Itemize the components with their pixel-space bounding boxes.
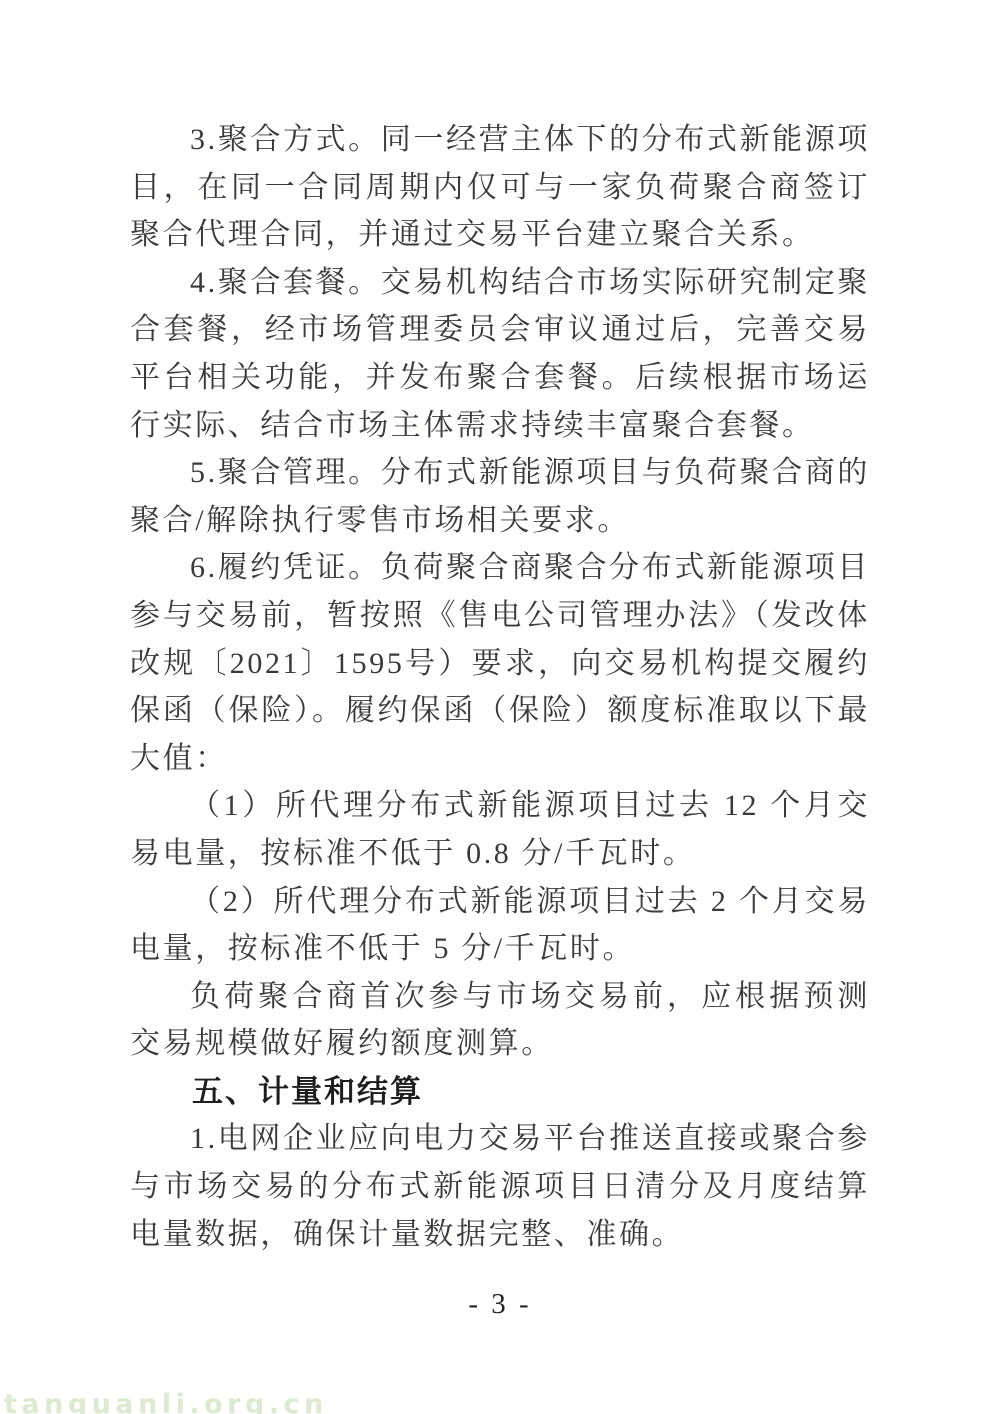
paragraph-item-2: （2）所代理分布式新能源项目过去 2 个月交易电量，按标准不低于 5 分/千瓦时… [130, 878, 870, 973]
document-body: 3.聚合方式。同一经营主体下的分布式新能源项目，在同一合同周期内仅可与一家负荷聚… [130, 116, 870, 1258]
paragraph-aggregation-method: 3.聚合方式。同一经营主体下的分布式新能源项目，在同一合同周期内仅可与一家负荷聚… [130, 116, 870, 259]
paragraph-first-participation: 负荷聚合商首次参与市场交易前，应根据预测交易规模做好履约额度测算。 [130, 973, 870, 1068]
paragraph-aggregation-management: 5.聚合管理。分布式新能源项目与负荷聚合商的聚合/解除执行零售市场相关要求。 [130, 449, 870, 544]
watermark-site-url: tanguanli.org.cn [4, 1389, 328, 1414]
paragraph-item-1: （1）所代理分布式新能源项目过去 12 个月交易电量，按标准不低于 0.8 分/… [130, 782, 870, 877]
section-heading-metering-settlement: 五、计量和结算 [130, 1068, 870, 1116]
document-page: 3.聚合方式。同一经营主体下的分布式新能源项目，在同一合同周期内仅可与一家负荷聚… [0, 0, 1000, 1414]
paragraph-aggregation-package: 4.聚合套餐。交易机构结合市场实际研究制定聚合套餐，经市场管理委员会审议通过后，… [130, 259, 870, 449]
page-number: - 3 - [0, 1288, 1000, 1321]
paragraph-grid-enterprise-data: 1.电网企业应向电力交易平台推送直接或聚合参与市场交易的分布式新能源项目日清分及… [130, 1115, 870, 1258]
paragraph-performance-certificate: 6.履约凭证。负荷聚合商聚合分布式新能源项目参与交易前，暂按照《售电公司管理办法… [130, 544, 870, 782]
